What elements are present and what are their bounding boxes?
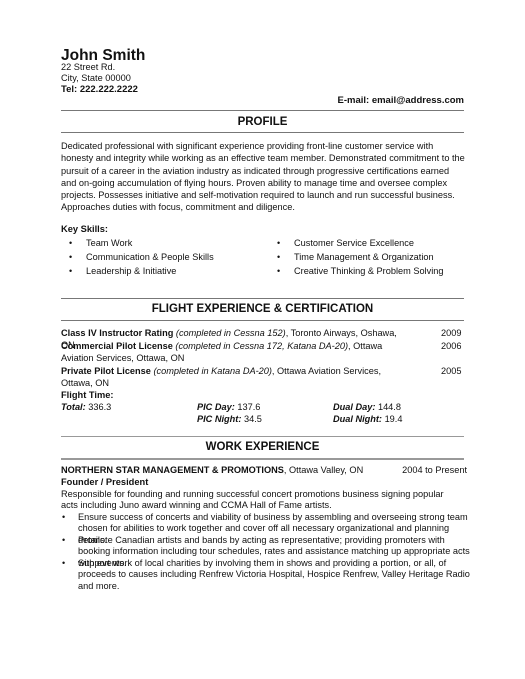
skill-item: Communication & People Skills: [86, 252, 214, 263]
address-line-2: City, State 00000: [61, 73, 131, 84]
cert-detail: (completed in Katana DA-20): [153, 366, 271, 376]
section-title-profile: PROFILE: [61, 116, 464, 130]
job-role: Founder / President: [61, 477, 148, 488]
flight-time-pic-day: PIC Day: 137.6: [197, 402, 260, 413]
divider: [61, 436, 464, 437]
bullet: •: [69, 252, 72, 263]
cert-name: Private Pilot License: [61, 366, 151, 376]
divider: [61, 458, 464, 460]
skill-item: Creative Thinking & Problem Solving: [294, 266, 443, 277]
job-description: Responsible for founding and running suc…: [61, 489, 461, 512]
key-skills-label: Key Skills:: [61, 224, 108, 235]
email: E-mail: email@address.com: [338, 95, 464, 106]
bullet: •: [62, 535, 65, 546]
cert-name: Commercial Pilot License: [61, 341, 173, 351]
job-company: NORTHERN STAR MANAGEMENT & PROMOTIONS, O…: [61, 465, 363, 476]
bullet: •: [277, 266, 280, 277]
bullet: •: [69, 266, 72, 277]
cert-year: 2005: [441, 366, 461, 377]
divider: [61, 110, 464, 111]
bullet: •: [62, 558, 65, 569]
flight-time-label: Flight Time:: [61, 390, 114, 401]
section-title-work: WORK EXPERIENCE: [61, 441, 464, 455]
cert-detail: (completed in Cessna 172, Katana DA-20): [175, 341, 348, 351]
cert-name: Class IV Instructor Rating: [61, 328, 173, 338]
skill-item: Time Management & Organization: [294, 252, 434, 263]
skill-item: Leadership & Initiative: [86, 266, 176, 277]
divider: [61, 132, 464, 133]
divider: [61, 320, 464, 321]
flight-time-pic-night: PIC Night: 34.5: [197, 414, 262, 425]
job-dates: 2004 to Present: [402, 465, 467, 476]
section-title-flight: FLIGHT EXPERIENCE & CERTIFICATION: [61, 303, 464, 317]
telephone: Tel: 222.222.2222: [61, 84, 138, 95]
flight-time-total: Total: 336.3: [61, 402, 111, 413]
divider: [61, 298, 464, 299]
bullet: •: [277, 238, 280, 249]
cert-year: 2009: [441, 328, 461, 339]
address-line-1: 22 Street Rd.: [61, 62, 115, 73]
certification-item: Commercial Pilot License (completed in C…: [61, 341, 401, 364]
flight-time-dual-night: Dual Night: 19.4: [333, 414, 402, 425]
bullet: •: [62, 512, 65, 523]
cert-detail: (completed in Cessna 152): [176, 328, 286, 338]
certification-item: Private Pilot License (completed in Kata…: [61, 366, 406, 389]
cert-year: 2006: [441, 341, 461, 352]
bullet: •: [69, 238, 72, 249]
bullet: •: [277, 252, 280, 263]
flight-time-dual-day: Dual Day: 144.8: [333, 402, 401, 413]
profile-summary: Dedicated professional with significant …: [61, 140, 466, 214]
job-bullet: Support work of local charities by invol…: [78, 558, 473, 592]
skill-item: Team Work: [86, 238, 132, 249]
skill-item: Customer Service Excellence: [294, 238, 414, 249]
